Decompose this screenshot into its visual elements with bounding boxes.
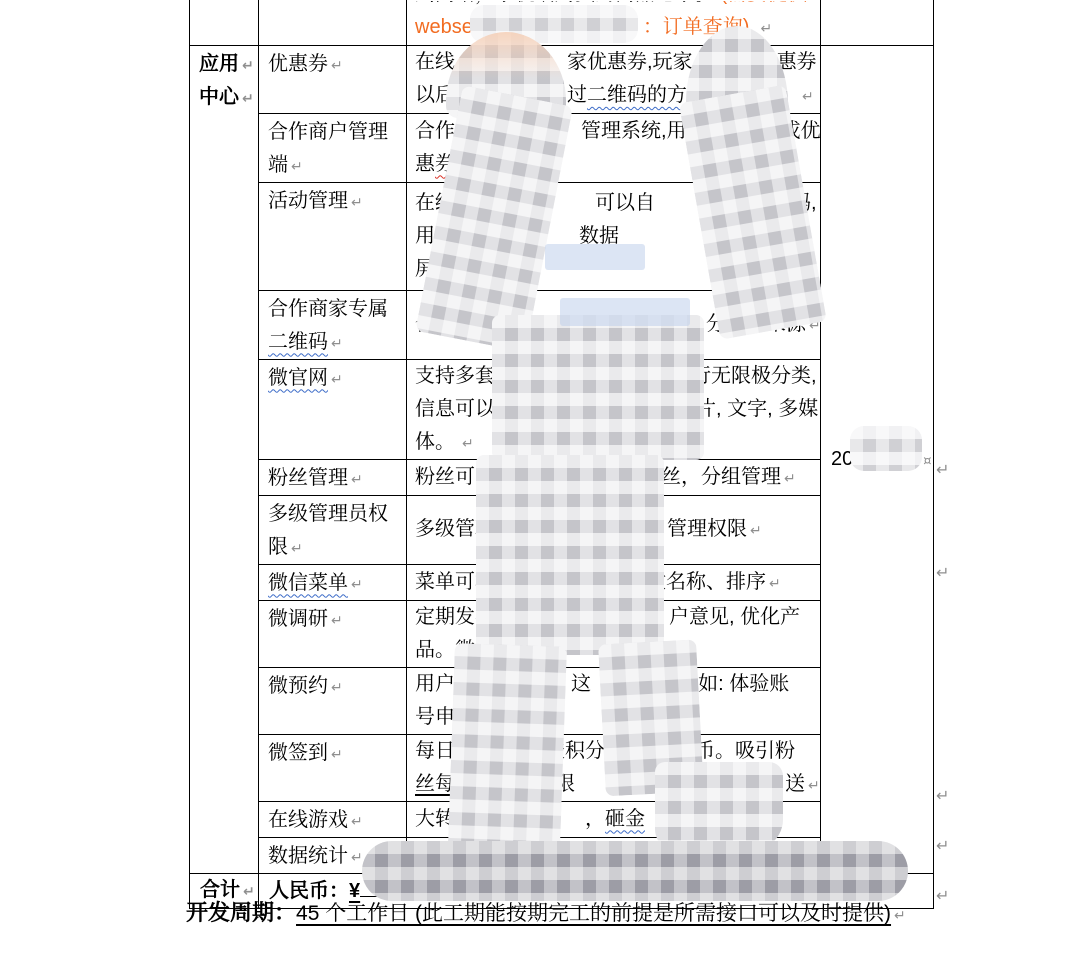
feature-name-cell-empty xyxy=(259,0,407,45)
feature-name-cell: 微信菜单↵ xyxy=(259,564,407,600)
feature-name-cell: 微签到↵ xyxy=(259,734,407,801)
price-cell-empty xyxy=(821,0,934,45)
feature-name-cell: 合作商家专属二维码↵ xyxy=(259,290,407,359)
feature-name-cell: 微调研↵ xyxy=(259,600,407,667)
feature-name-cell: 微预约↵ xyxy=(259,667,407,734)
mosaic-censor-block xyxy=(362,841,908,901)
feature-name-cell: 优惠券↵ xyxy=(259,45,407,113)
category-cell-empty xyxy=(190,0,259,45)
mosaic-censor-block xyxy=(492,315,704,460)
feature-name-cell: 粉丝管理↵ xyxy=(259,459,407,495)
category-label: 应用↵中心↵ xyxy=(199,48,258,114)
feature-name-cell: 在线游戏↵ xyxy=(259,801,407,837)
feature-name-cell: 微官网↵ xyxy=(259,359,407,459)
mosaic-censor-block xyxy=(850,426,922,471)
feature-name-cell: 多级管理员权限↵ xyxy=(259,495,407,564)
paragraph-mark: ↵ xyxy=(936,836,949,855)
paragraph-mark: ↵ xyxy=(936,460,949,479)
paragraph-mark: ↵ xyxy=(936,786,949,805)
paragraph-mark: ↵ xyxy=(936,886,949,905)
mosaic-blue-tint xyxy=(545,244,645,270)
feature-name-cell: 活动管理↵ xyxy=(259,182,407,290)
mosaic-censor-block xyxy=(476,455,664,655)
paragraph-mark: ↵ xyxy=(936,563,949,582)
category-cell-app-center: 应用↵中心↵ xyxy=(190,45,259,873)
feature-name-cell: 合作商户管理端↵ xyxy=(259,113,407,182)
mosaic-blue-tint xyxy=(560,298,690,326)
document-page: 到网站，手机端购买的商品记录。 (需要提供webse：订单查询)↵ 应用↵中心↵… xyxy=(0,0,1089,971)
mosaic-censor-block xyxy=(448,643,567,862)
